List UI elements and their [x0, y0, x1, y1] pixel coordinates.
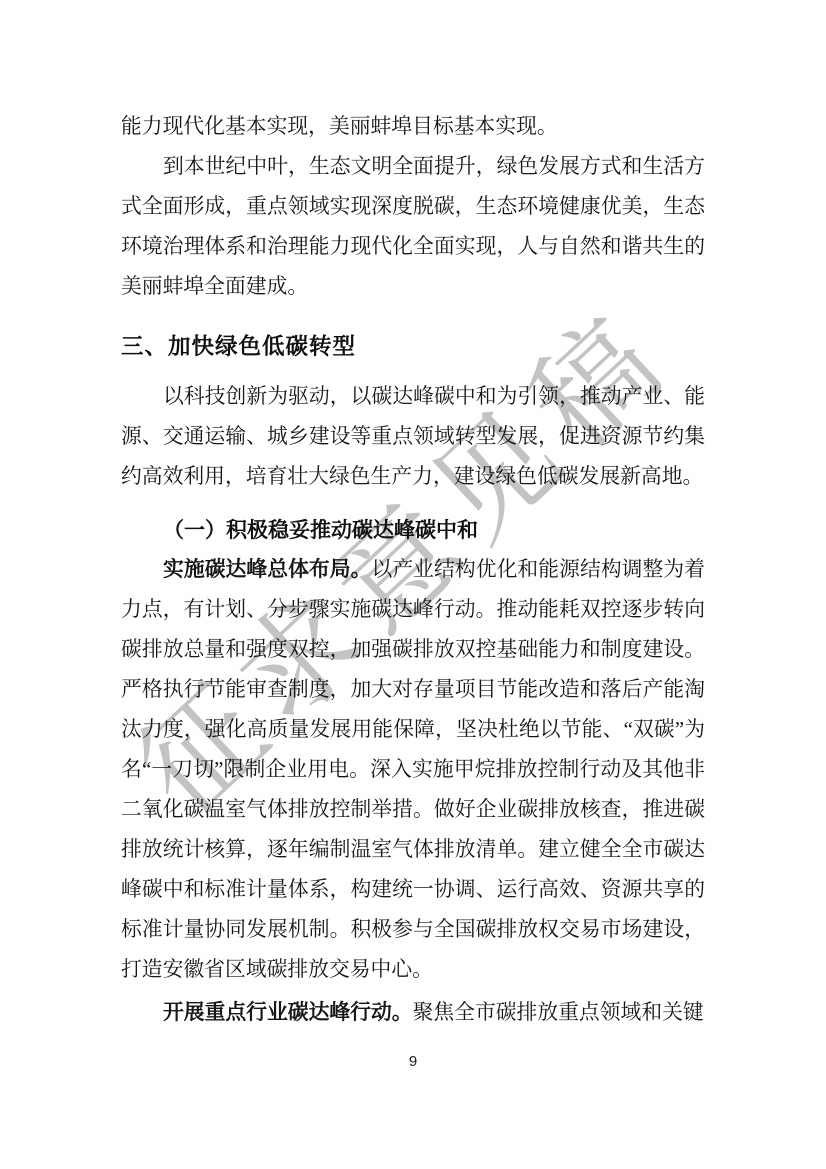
document-body: 能力现代化基本实现，美丽蚌埠目标基本实现。 到本世纪中叶，生态文明全面提升，绿色… — [121, 107, 705, 1033]
paragraph-lead-peak-layout: 实施碳达峰总体布局。 — [163, 558, 371, 581]
paragraph-lead-key-industries: 开展重点行业碳达峰行动。 — [163, 1001, 413, 1024]
section-heading: 三、加快绿色低碳转型 — [121, 327, 705, 367]
paragraph-peak-layout: 实施碳达峰总体布局。以产业结构优化和能源结构调整为着力点，有计划、分步骤实施碳达… — [121, 550, 705, 990]
paragraph-text-peak-layout: 以产业结构优化和能源结构调整为着力点，有计划、分步骤实施碳达峰行动。推动能耗双控… — [121, 558, 705, 981]
paragraph-continuation: 能力现代化基本实现，美丽蚌埠目标基本实现。 — [121, 107, 705, 147]
paragraph-key-industries: 开展重点行业碳达峰行动。聚焦全市碳排放重点领域和关键 — [121, 993, 705, 1033]
paragraph-section-intro: 以科技创新为驱动，以碳达峰碳中和为引领，推动产业、能源、交通运输、城乡建设等重点… — [121, 377, 705, 497]
paragraph-text-key-industries: 聚焦全市碳排放重点领域和关键 — [413, 1001, 704, 1024]
paragraph-mid-century: 到本世纪中叶，生态文明全面提升，绿色发展方式和生活方式全面形成，重点领域实现深度… — [121, 147, 705, 307]
subsection-heading: （一）积极稳妥推动碳达峰碳中和 — [121, 510, 705, 550]
document-page: 征求意见稿 能力现代化基本实现，美丽蚌埠目标基本实现。 到本世纪中叶，生态文明全… — [0, 0, 826, 1169]
page-number: 9 — [0, 1053, 826, 1070]
